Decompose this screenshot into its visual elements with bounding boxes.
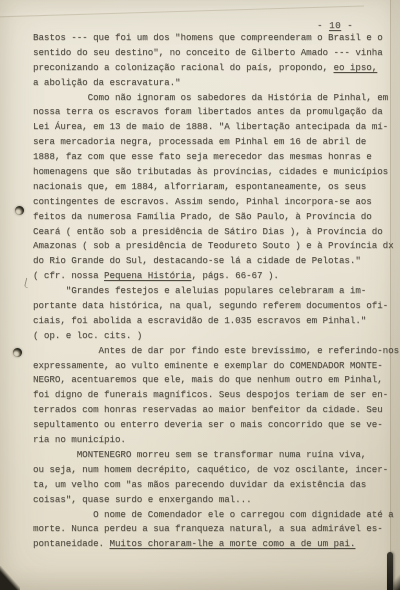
punch-hole-bottom bbox=[13, 348, 22, 357]
typewritten-line: terrados com honras reservadas ao maior … bbox=[33, 403, 397, 418]
typewritten-line: feitos da numerosa Família Prado, de São… bbox=[33, 210, 397, 225]
typewritten-line: preconizando a colonização racional do p… bbox=[33, 61, 397, 76]
typewritten-line: O nome de Comendador ele o carregou com … bbox=[33, 508, 397, 523]
typewritten-line: nossa terra os escravos foram libertados… bbox=[33, 105, 397, 120]
typewritten-line: pontaneidade. Muitos choraram-lhe a mort… bbox=[33, 537, 397, 552]
typewritten-line: sentido do seu destino", no conceito de … bbox=[33, 46, 397, 61]
typewritten-line: ou seja, num homem decrépito, caquético,… bbox=[33, 463, 397, 478]
typewritten-text: Bastos --- que foi um dos "homens que co… bbox=[33, 31, 397, 552]
ink-blot bbox=[24, 278, 30, 289]
typewritten-line: MONTENEGRO morreu sem se transformar num… bbox=[33, 448, 397, 463]
typewritten-line: nacionais que, em 1884, alforriaram, esp… bbox=[33, 180, 397, 195]
typewritten-line: sepultamento ou enterro deveria ser o ma… bbox=[33, 418, 397, 433]
typewritten-line: 1888, faz com que esse fato seja mereced… bbox=[33, 150, 397, 165]
page-number-suffix: - bbox=[341, 20, 353, 31]
typewritten-line: Antes de dar por findo este brevíssimo, … bbox=[33, 344, 397, 359]
typewritten-line: Bastos --- que foi um dos "homens que co… bbox=[33, 31, 397, 46]
typewritten-line: foi digno de funerais magníficos. Seus d… bbox=[33, 388, 397, 403]
typewritten-line: NEGRO, acentuaremos que ele, mais do que… bbox=[33, 373, 397, 388]
background-corner-bottom-right bbox=[393, 574, 400, 590]
document-page: - 10 - Bastos --- que foi um dos "homens… bbox=[0, 0, 400, 590]
typewritten-line: ria no município. bbox=[33, 433, 397, 448]
typewritten-line: ( cfr. nossa Pequena História, págs. 66-… bbox=[33, 269, 397, 284]
punch-hole-top bbox=[15, 206, 24, 215]
page-number-value: 10 bbox=[329, 20, 341, 31]
typewritten-line: portante data histórica, na qual, segund… bbox=[33, 299, 397, 314]
typewritten-line: "Grandes festejos e aleluias populares c… bbox=[33, 284, 397, 299]
typewritten-line: ta, um velho com "as mãos parecendo duvi… bbox=[33, 478, 397, 493]
page-number: - 10 - bbox=[317, 20, 353, 31]
typewritten-line: Lei Áurea, em 13 de maio de 1888. "A lib… bbox=[33, 120, 397, 135]
typewritten-line: contingentes de escravos. Assim sendo, P… bbox=[33, 195, 397, 210]
typewritten-line: expressamente, ao vulto eminente e exemp… bbox=[33, 359, 397, 374]
typewritten-line: coisas", quase surdo e enxergando mal... bbox=[33, 493, 397, 508]
typewritten-line: sera mercadoria negra, processada em Pin… bbox=[33, 135, 397, 150]
typewritten-line: Ceará ( então sob a presidência de Sátir… bbox=[33, 225, 397, 240]
typewritten-line: ciais, foi abolida a escravidão de 1.035… bbox=[33, 314, 397, 329]
paper-crease bbox=[0, 6, 364, 18]
page-number-prefix: - bbox=[317, 20, 329, 31]
typewritten-line: Como não ignoram os sabedores da Históri… bbox=[33, 91, 397, 106]
background-corner-bottom-left bbox=[0, 566, 20, 590]
typewritten-line: homenagens que são tributadas às provínc… bbox=[33, 165, 397, 180]
typewritten-line: ( op. e loc. cits. ) bbox=[33, 329, 397, 344]
typewritten-line: a abolição da escravatura." bbox=[33, 76, 397, 91]
typewritten-line: do Rio Grande do Sul, destacando-se lá a… bbox=[33, 254, 397, 269]
typewritten-line: morte. Nunca perdeu a sua franqueza natu… bbox=[33, 522, 397, 537]
typewritten-line: Amazonas ( sob a presidência de Teoduret… bbox=[33, 239, 397, 254]
